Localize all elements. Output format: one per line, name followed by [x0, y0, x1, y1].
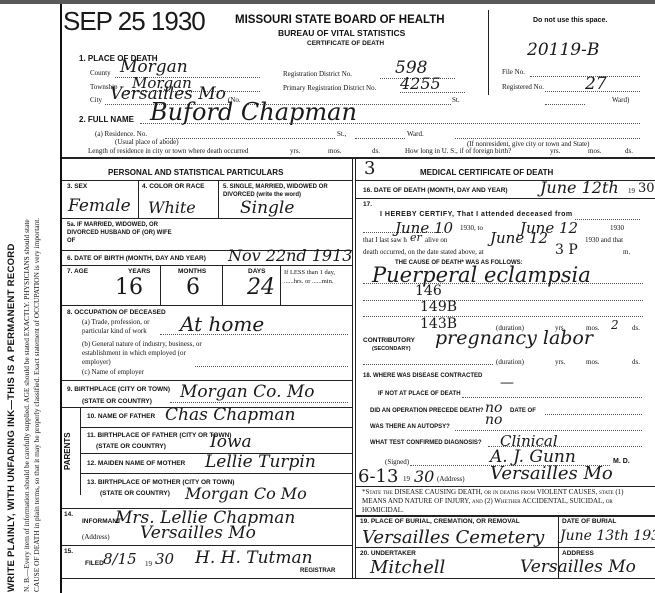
length-residence-label: Length of residence in city or town wher…: [88, 147, 248, 155]
length-yrs-label: yrs.: [290, 147, 300, 155]
alive-on-year: 1930 and that: [585, 236, 623, 244]
birthplace-value: Morgan Co. Mo: [180, 382, 315, 402]
marital-label: 5. SINGLE, MARRIED, WIDOWED OR DIVORCED …: [223, 183, 348, 199]
reg-district-label: Registration District No.: [283, 70, 352, 78]
residence-sub-label: (Usual place of abode): [115, 138, 179, 146]
row-divider-12: [80, 473, 352, 474]
contributory-duration-mos: mos.: [586, 358, 599, 366]
race-marital-divider: [218, 180, 219, 218]
parents-column-divider: [80, 407, 81, 495]
registrar-label: REGISTRAR: [300, 568, 335, 574]
mother-label: 12. MAIDEN NAME OF MOTHER: [87, 460, 185, 467]
city-ward-label: Ward): [612, 96, 629, 104]
row-divider-footnote: [356, 515, 655, 517]
death-time-m-label: m.: [623, 248, 630, 256]
occupation-b-line: [195, 366, 348, 367]
cause-duration-ds: ds.: [632, 324, 640, 332]
age-label: 7. AGE: [67, 268, 88, 275]
death-time-value: 3 P: [555, 242, 578, 258]
image-top-border: [0, 0, 655, 4]
personal-section-title: PERSONAL AND STATISTICAL PARTICULARS: [108, 168, 283, 177]
attended-from-value: June 10: [395, 219, 453, 237]
frame-left-line: [60, 4, 62, 593]
months-value: 6: [186, 275, 200, 300]
father-birthplace-sub-label: (STATE OR COUNTRY): [96, 443, 166, 450]
city-st-label: St.: [452, 96, 460, 104]
occupation-label: 8. OCCUPATION OF DECEASED: [67, 309, 166, 316]
full-name-label: 2. FULL NAME: [79, 115, 134, 124]
contributory-value: pregnancy labor: [435, 327, 593, 349]
occupation-c-label: (c) Name of employer: [82, 368, 144, 376]
informant-number: 14.: [64, 511, 73, 518]
column-divider-1: [352, 159, 353, 579]
item-17-label: 17.: [363, 201, 372, 208]
medical-section-title: MEDICAL CERTIFICATE OF DEATH: [420, 168, 553, 177]
row-divider-6: [62, 265, 352, 266]
bottom-divider: [62, 578, 655, 579]
city-ward-line: [545, 104, 585, 105]
residence-st-label: St.,: [337, 130, 346, 138]
row-divider-19: [356, 547, 655, 548]
undertaker-value: Mitchell: [370, 557, 445, 578]
burial-value: Versailles Cemetery: [362, 527, 544, 548]
medical-section-number: 3: [364, 158, 375, 179]
margin-line-note-2: CAUSE OF DEATH in plain terms, so that i…: [32, 218, 41, 592]
primary-reg-value: 4255: [400, 74, 441, 93]
days-less-divider: [280, 265, 281, 305]
autopsy-label: WAS THERE AN AUTOPSY?: [370, 424, 450, 430]
office-box-divider: [488, 10, 489, 95]
signature-year-prefix: 19: [403, 475, 410, 483]
signed-label: (Signed): [385, 458, 409, 466]
attended-from-year: 1930, to: [460, 224, 483, 232]
race-value: White: [148, 198, 196, 217]
mother-birthplace-sub-label: (STATE OR COUNTRY): [100, 490, 170, 497]
sex-race-divider: [138, 180, 139, 218]
header-subtitle: BUREAU OF VITAL STATISTICS: [278, 28, 405, 38]
foreign-yrs-label: yrs.: [550, 147, 560, 155]
office-note: Do not use this space.: [533, 17, 607, 24]
personal-title-divider: [62, 180, 352, 181]
days-value: 24: [247, 275, 275, 300]
father-label: 10. NAME OF FATHER: [87, 413, 155, 420]
filed-year-value: 30: [155, 550, 174, 568]
length-mos-label: mos.: [328, 147, 341, 155]
filed-year-prefix: 19: [145, 560, 152, 568]
attended-to-year: 1930: [610, 224, 624, 232]
days-label: DAYS: [248, 268, 265, 275]
dob-label: 6. DATE OF BIRTH (MONTH, DAY AND YEAR): [67, 255, 206, 262]
cause-code-2: 149B: [420, 299, 457, 315]
occupation-b-label: (b) General nature of industry, business…: [82, 340, 202, 367]
dod-value: June 12th: [540, 178, 619, 197]
contributory-line-2: [363, 364, 493, 365]
not-at-place-line: [462, 397, 642, 398]
sex-value: Female: [68, 196, 131, 216]
file-no-label: File No.: [502, 68, 525, 76]
margin-line-note-1: N. B.—Every item of information should b…: [22, 219, 31, 592]
years-label: YEARS: [128, 268, 150, 275]
registered-no-value: 27: [585, 74, 607, 94]
birthplace-sub-label: (STATE OR COUNTRY): [82, 398, 152, 405]
city-label: City: [90, 96, 102, 104]
dod-year-prefix: 19: [628, 187, 635, 195]
residence-line: [165, 138, 335, 139]
nonresident-line: [455, 138, 640, 139]
cause-line-2: [363, 300, 643, 301]
alive-on-label: alive on: [425, 236, 447, 244]
residence-ward-label: Ward.: [407, 130, 424, 138]
footnote-text: *State the DISEASE CAUSING DEATH, or in …: [362, 488, 647, 515]
informant-address-value: Versailles Mo: [140, 523, 256, 543]
less-than-day-label: If LESS than 1 day, ......hrs. or ......…: [284, 268, 349, 286]
race-label: 4. COLOR OR RACE: [142, 183, 204, 190]
md-label: M. D.: [613, 458, 630, 465]
death-occurred-label: death occurred, on the date stated above…: [363, 248, 484, 256]
occupation-a-value: At home: [180, 312, 264, 336]
address-value: Versailles Mo: [490, 463, 613, 484]
operation-date-label: DATE OF: [510, 408, 536, 414]
foreign-ds-label: ds.: [625, 147, 633, 155]
signature-year-value: 30: [414, 467, 434, 486]
undertaker-address-value: Versailles Mo: [520, 557, 636, 577]
section-divider-top: [62, 157, 655, 159]
header-title: MISSOURI STATE BOARD OF HEALTH: [235, 14, 445, 26]
autopsy-value: no: [485, 412, 502, 428]
filed-label: FILED: [85, 560, 104, 567]
undertaker-label: 20. UNDERTAKER: [360, 550, 416, 557]
residence-ward-line: [355, 138, 405, 139]
cause-line-3: [363, 316, 643, 317]
spouse-label: 5a. IF MARRIED, WIDOWED, OR DIVORCED HUS…: [67, 221, 177, 245]
contributory-duration-ds: ds.: [632, 358, 640, 366]
primary-reg-label: Primary Registration District No.: [283, 84, 376, 92]
years-months-divider: [160, 265, 161, 305]
foreign-birth-label: How long in U. S., if of foreign birth?: [405, 147, 511, 155]
not-at-place-value: —: [500, 375, 514, 391]
cause-duration-days: 2: [611, 318, 619, 332]
where-contracted-label: 18. WHERE WAS DISEASE CONTRACTED: [363, 373, 482, 379]
county-label: County: [90, 69, 111, 77]
operation-date-line: [545, 414, 642, 415]
sex-label: 3. SEX: [67, 183, 87, 190]
certify-line: [575, 219, 640, 220]
years-value: 16: [115, 275, 143, 300]
foreign-mos-label: mos.: [588, 147, 601, 155]
row-divider-7: [62, 305, 352, 306]
alive-on-value: June 12: [490, 229, 548, 247]
full-name-value: Buford Chapman: [150, 98, 357, 126]
margin-line-permanent-record: WRITE PLAINLY, WITH UNFADING INK—THIS IS…: [6, 243, 17, 592]
row-divider-5: [62, 218, 352, 219]
address-label: (Address): [437, 475, 465, 483]
dod-label: 16. DATE OF DEATH (MONTH, DAY AND YEAR): [363, 187, 508, 194]
burial-date-label: DATE OF BURIAL: [562, 518, 616, 525]
office-number: 20119-B: [527, 40, 599, 60]
row-divider-14: [62, 545, 352, 546]
marital-value: Single: [240, 198, 294, 218]
contributory-duration-label: (duration): [496, 358, 524, 366]
row-divider-8: [62, 380, 352, 381]
mother-value: Lellie Turpin: [205, 452, 316, 472]
informant-address-label: (Address): [82, 533, 110, 541]
cause-code-1: 146: [415, 283, 442, 299]
header-doc-type: CERTIFICATE OF DEATH: [307, 40, 384, 47]
last-saw-label: that I last saw h: [363, 236, 407, 244]
row-divider-signature: [356, 486, 655, 487]
autopsy-line: [455, 430, 642, 431]
certify-text: I HEREBY CERTIFY, That I attended deceas…: [380, 211, 573, 218]
cause-value: Puerperal eclampsia: [372, 263, 591, 287]
length-ds-label: ds.: [372, 147, 380, 155]
months-days-divider: [222, 265, 223, 305]
operation-label: DID AN OPERATION PRECEDE DEATH?: [370, 408, 484, 414]
last-saw-pronoun: er: [410, 231, 422, 244]
birthplace-label: 9. BIRTHPLACE (CITY OR TOWN): [67, 386, 170, 393]
residence-label: (a) Residence. No.: [95, 130, 147, 138]
registered-no-label: Registered No.: [502, 83, 544, 91]
filed-number: 15.: [64, 548, 73, 555]
not-at-place-label: IF NOT AT PLACE OF DEATH: [378, 391, 461, 397]
birthplace-line: [170, 402, 348, 403]
contributory-sub-label: (SECONDARY): [372, 346, 411, 352]
father-value: Chas Chapman: [165, 405, 295, 425]
received-date-stamp: SEP 25 1930: [63, 6, 205, 37]
test-label: WHAT TEST CONFIRMED DIAGNOSIS?: [370, 440, 482, 446]
filed-date-value: 8/15: [103, 550, 137, 568]
months-label: MONTHS: [178, 268, 206, 275]
registrar-signature: H. H. Tutman: [195, 548, 313, 568]
signature-date-value: 6-13: [358, 466, 398, 487]
row-divider-16: [356, 198, 655, 199]
row-divider-10: [80, 427, 352, 428]
mother-birthplace-value: Morgan Co Mo: [185, 484, 307, 503]
dob-value: Nov 22nd 1913: [228, 246, 352, 265]
burial-label: 19. PLACE OF BURIAL, CREMATION, OR REMOV…: [360, 518, 520, 525]
parents-label: PARENTS: [63, 432, 72, 470]
father-birthplace-value: Iowa: [210, 432, 252, 452]
burial-date-value: June 13th 1930: [560, 528, 655, 544]
undertaker-address-label: ADDRESS: [562, 550, 594, 557]
dod-year-value: 30: [638, 181, 655, 196]
contributory-duration-yrs: yrs.: [555, 358, 565, 366]
contributory-label: CONTRIBUTORY: [363, 337, 415, 344]
